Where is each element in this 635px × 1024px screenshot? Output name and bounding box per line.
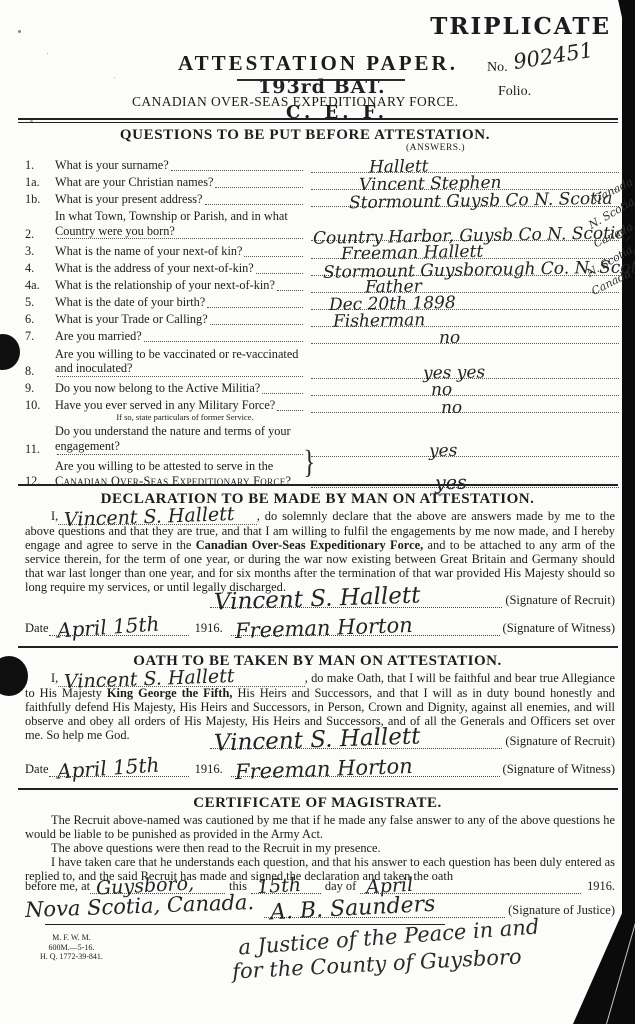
question-number: 1a. <box>25 175 55 190</box>
certificate-heading: CERTIFICATE OF MAGISTRATE. <box>0 795 635 812</box>
question-number: 3. <box>25 244 55 259</box>
question-row: 6. What is your Trade or Calling? Fisher… <box>25 312 619 327</box>
date-label: Date <box>25 621 49 636</box>
date-witness-row: Date April 15th 1916. Freeman Horton (Si… <box>25 620 615 636</box>
day-line: 15th <box>251 881 321 894</box>
date-line: April 15th <box>49 622 189 636</box>
answer-line: Freeman Hallett <box>311 246 619 259</box>
answer-line: no <box>311 400 619 413</box>
number-label: No. <box>487 60 508 76</box>
year-printed: 1916. <box>189 762 231 777</box>
answer-handwriting: Fisherman <box>333 314 426 330</box>
answer-line: yes <box>311 475 619 488</box>
question-text: Do you now belong to the Active Militia? <box>55 381 260 396</box>
section-rule <box>18 788 618 790</box>
question-text: Do you understand the nature and terms o… <box>55 424 305 453</box>
print-code: M. F. W. M. 600M.—5-16. H. Q. 1772-39-84… <box>40 933 103 962</box>
question-text: Are you willing to be attested to serve … <box>55 459 273 474</box>
question-note: If so, state particulars of former Servi… <box>55 413 305 422</box>
witness-signature-label: (Signature of Witness) <box>500 621 615 636</box>
question-number: 5. <box>25 295 55 310</box>
print-code-line: H. Q. 1772-39-841. <box>40 952 103 962</box>
question-text-line2: Canadian Over-Seas Expeditionary Force? <box>55 474 291 489</box>
before-me-label: before me, at <box>25 879 90 894</box>
answer-line: Country Harbor, Guysb Co N. Scotia, <box>311 228 619 241</box>
date-witness-row: Date April 15th 1916. Freeman Horton (Si… <box>25 761 615 777</box>
recruit-signature-label: (Signature of Recruit) <box>502 734 615 749</box>
question-row: 1b. What is your present address? Stormo… <box>25 192 619 207</box>
question-text: Are you willing to be vaccinated or re-v… <box>55 347 305 376</box>
question-text: Are you married? <box>55 329 142 344</box>
answer-line: Fisherman <box>311 314 619 327</box>
answer-handwriting: Hallett <box>369 159 429 175</box>
justice-signature-handwriting: A. B. Saunders <box>270 892 437 926</box>
number-handwritten: 902451 <box>512 38 595 74</box>
recruit-signature-line: Vincent S. Hallett <box>210 733 502 749</box>
answer-handwriting: no <box>439 331 460 346</box>
question-text: What are your Christian names? <box>55 175 213 190</box>
declarant-name-line: Vincent S. Hallett <box>58 510 256 525</box>
witness-signature-handwriting: Freeman Horton <box>234 754 412 784</box>
before-me-row: before me, at Guysboro, this 15th day of… <box>25 879 615 894</box>
witness-signature-line: Freeman Horton <box>231 620 500 636</box>
answer-handwriting: Stormount Guysb Co N. Scotia <box>349 192 613 211</box>
document-title: ATTESTATION PAPER. <box>178 51 458 76</box>
question-number: 1. <box>25 158 55 173</box>
print-code-line: 600M.—5-16. <box>40 943 103 953</box>
question-row: 10. Have you ever served in any Military… <box>25 398 619 422</box>
answer-line: Father <box>311 280 619 293</box>
scan-edge-band <box>622 0 635 1024</box>
oath-name-line: Vincent S. Hallett <box>58 672 304 687</box>
question-row: 8. Are you willing to be vaccinated or r… <box>25 347 619 379</box>
answer-handwriting: yes <box>435 475 467 490</box>
question-row: 2. In what Town, Township or Parish, and… <box>25 209 619 241</box>
certificate-para-1: The Recruit above-named was cautioned by… <box>25 814 615 842</box>
declaration-body: I,Vincent S. Hallett, do solemnly declar… <box>25 510 615 594</box>
question-number: 7. <box>25 329 55 344</box>
month-line: April <box>360 881 581 894</box>
answer-handwriting: yes yes <box>423 366 485 382</box>
recruit-signature-row: Vincent S. Hallett (Signature of Recruit… <box>25 733 615 749</box>
declarant-name-handwriting: Vincent S. Hallett <box>64 509 235 525</box>
question-row: 1. What is your surname? Hallett <box>25 158 619 173</box>
justice-signature-line: A. B. Saunders <box>264 903 505 918</box>
question-text: What is the name of your next-of kin? <box>55 244 242 259</box>
question-number: 12. <box>25 474 55 489</box>
brace-glyph: } <box>303 454 315 474</box>
oath-name-handwriting: Vincent S. Hallett <box>64 671 235 687</box>
answer-line: Stormount Guysborough Co. N. Scotia <box>311 263 619 276</box>
answer-handwriting: no <box>431 383 452 398</box>
province-handwriting: Nova Scotia, Canada. <box>25 890 255 922</box>
question-text: What is the address of your next-of-kin? <box>55 261 254 276</box>
question-number: 2. <box>25 227 55 242</box>
header-rule <box>18 118 618 123</box>
answer-line: Vincent Stephen <box>311 177 619 190</box>
year-printed: 1916. <box>189 621 231 636</box>
question-text: What is your present address? <box>55 192 203 207</box>
answer-handwriting: Freeman Hallett <box>341 245 483 262</box>
punch-hole <box>0 334 20 370</box>
question-number: 6. <box>25 312 55 327</box>
oath-heading: OATH TO BE TAKEN BY MAN ON ATTESTATION. <box>0 653 635 670</box>
answer-line: Hallett <box>311 160 619 173</box>
answer-line: no <box>311 383 619 396</box>
section-rule <box>18 646 618 648</box>
question-text: In what Town, Township or Parish, and in… <box>55 209 305 238</box>
question-number: 8. <box>25 364 55 379</box>
answer-line: Stormount Guysb Co N. Scotia <box>311 194 619 207</box>
question-number: 11. <box>25 442 55 457</box>
date-line: April 15th <box>49 763 189 777</box>
answer-handwriting: yes <box>429 444 458 459</box>
question-row: 11. Do you understand the nature and ter… <box>25 424 619 456</box>
answer-handwriting: no <box>441 401 462 416</box>
answer-line: no <box>311 331 619 344</box>
witness-signature-handwriting: Freeman Horton <box>234 613 412 643</box>
date-handwriting: April 15th <box>56 611 160 642</box>
date-label: Date <box>25 762 49 777</box>
question-row: 5. What is the date of your birth? Dec 2… <box>25 295 619 310</box>
question-row: 1a. What are your Christian names? Vince… <box>25 175 619 190</box>
question-number: 1b. <box>25 192 55 207</box>
declaration-heading: DECLARATION TO BE MADE BY MAN ON ATTESTA… <box>0 491 635 508</box>
question-row: 9. Do you now belong to the Active Milit… <box>25 381 619 396</box>
questions-heading: QUESTIONS TO BE PUT BEFORE ATTESTATION. <box>0 127 610 144</box>
folio-label: Folio. <box>498 84 531 100</box>
answer-line: yes <box>311 444 619 457</box>
certificate-para-2: The above questions were then read to th… <box>25 842 615 856</box>
question-number: 9. <box>25 381 55 396</box>
question-text: Have you ever served in any Military For… <box>55 398 275 413</box>
question-text: What is the date of your birth? <box>55 295 205 310</box>
question-number: 4. <box>25 261 55 276</box>
question-text: What is your surname? <box>55 158 169 173</box>
day-of-label: day of <box>321 879 360 894</box>
declaration-intro: I, <box>51 509 58 523</box>
declaration-bold-text: Canadian Over-Seas Expeditionary Force, <box>196 538 423 552</box>
question-text: What is your Trade or Calling? <box>55 312 208 327</box>
certificate-text: The Recruit above-named was cautioned by… <box>25 813 615 841</box>
certificate-text: The above questions were then read to th… <box>51 841 381 855</box>
question-number: 10. <box>25 398 55 413</box>
answer-line: yes yes <box>311 366 619 379</box>
witness-signature-line: Freeman Horton <box>231 761 500 777</box>
section-rule <box>18 484 618 486</box>
scan-speck <box>18 30 21 33</box>
date-handwriting: April 15th <box>56 752 160 783</box>
recruit-signature-row: Vincent S. Hallett (Signature of Recruit… <box>25 592 615 608</box>
question-row: 7. Are you married? no <box>25 329 619 344</box>
answer-line: Dec 20th 1898 <box>311 297 619 310</box>
print-code-line: M. F. W. M. <box>40 933 103 943</box>
oath-intro: I, <box>51 671 58 685</box>
recruit-signature-line: Vincent S. Hallett <box>210 592 502 608</box>
question-text: What is the relationship of your next-of… <box>55 278 275 293</box>
question-row: 4a. What is the relationship of your nex… <box>25 278 619 293</box>
witness-signature-label: (Signature of Witness) <box>500 762 615 777</box>
attestation-paper-document: TRIPLICATE ATTESTATION PAPER. No. 902451… <box>0 0 635 1024</box>
year-printed: 1916. <box>581 879 615 894</box>
question-number: 4a. <box>25 278 55 293</box>
triplicate-stamp: TRIPLICATE <box>430 13 611 40</box>
answers-label: (ANSWERS.) <box>406 143 465 153</box>
question-row: 4. What is the address of your next-of-k… <box>25 261 619 276</box>
question-row: 3. What is the name of your next-of kin?… <box>25 244 619 259</box>
questions-list: 1. What is your surname? Hallett 1a. Wha… <box>25 158 619 491</box>
recruit-signature-label: (Signature of Recruit) <box>502 593 615 608</box>
